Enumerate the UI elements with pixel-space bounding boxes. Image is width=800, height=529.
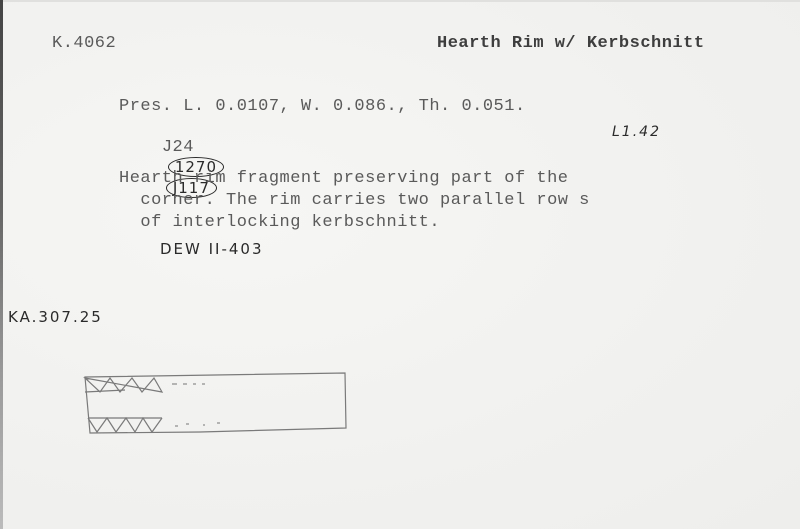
catalog-number: K.4062 xyxy=(52,34,116,53)
dimensions-line: Pres. L. 0.0107, W. 0.086., Th. 0.051. xyxy=(119,97,526,116)
handwritten-inventory-number: KA.307.25 xyxy=(8,308,103,326)
card-left-edge xyxy=(0,0,3,529)
handwritten-dew-ref: DEW II-403 xyxy=(160,240,264,258)
card-title: Hearth Rim w/ Kerbschnitt xyxy=(437,34,705,53)
handwritten-ref-right: L1.42 xyxy=(612,124,661,140)
description-line: Hearth rim fragment preserving part of t… xyxy=(119,169,568,188)
description-line: of interlocking kerbschnitt. xyxy=(119,213,440,232)
hearth-rim-sketch xyxy=(80,370,360,450)
description-line: corner. The rim carries two parallel row… xyxy=(119,191,590,210)
card-top-edge xyxy=(0,0,800,2)
catalog-card: K.4062 Hearth Rim w/ Kerbschnitt Pres. L… xyxy=(0,0,800,529)
grid-square: J24 xyxy=(162,138,194,157)
